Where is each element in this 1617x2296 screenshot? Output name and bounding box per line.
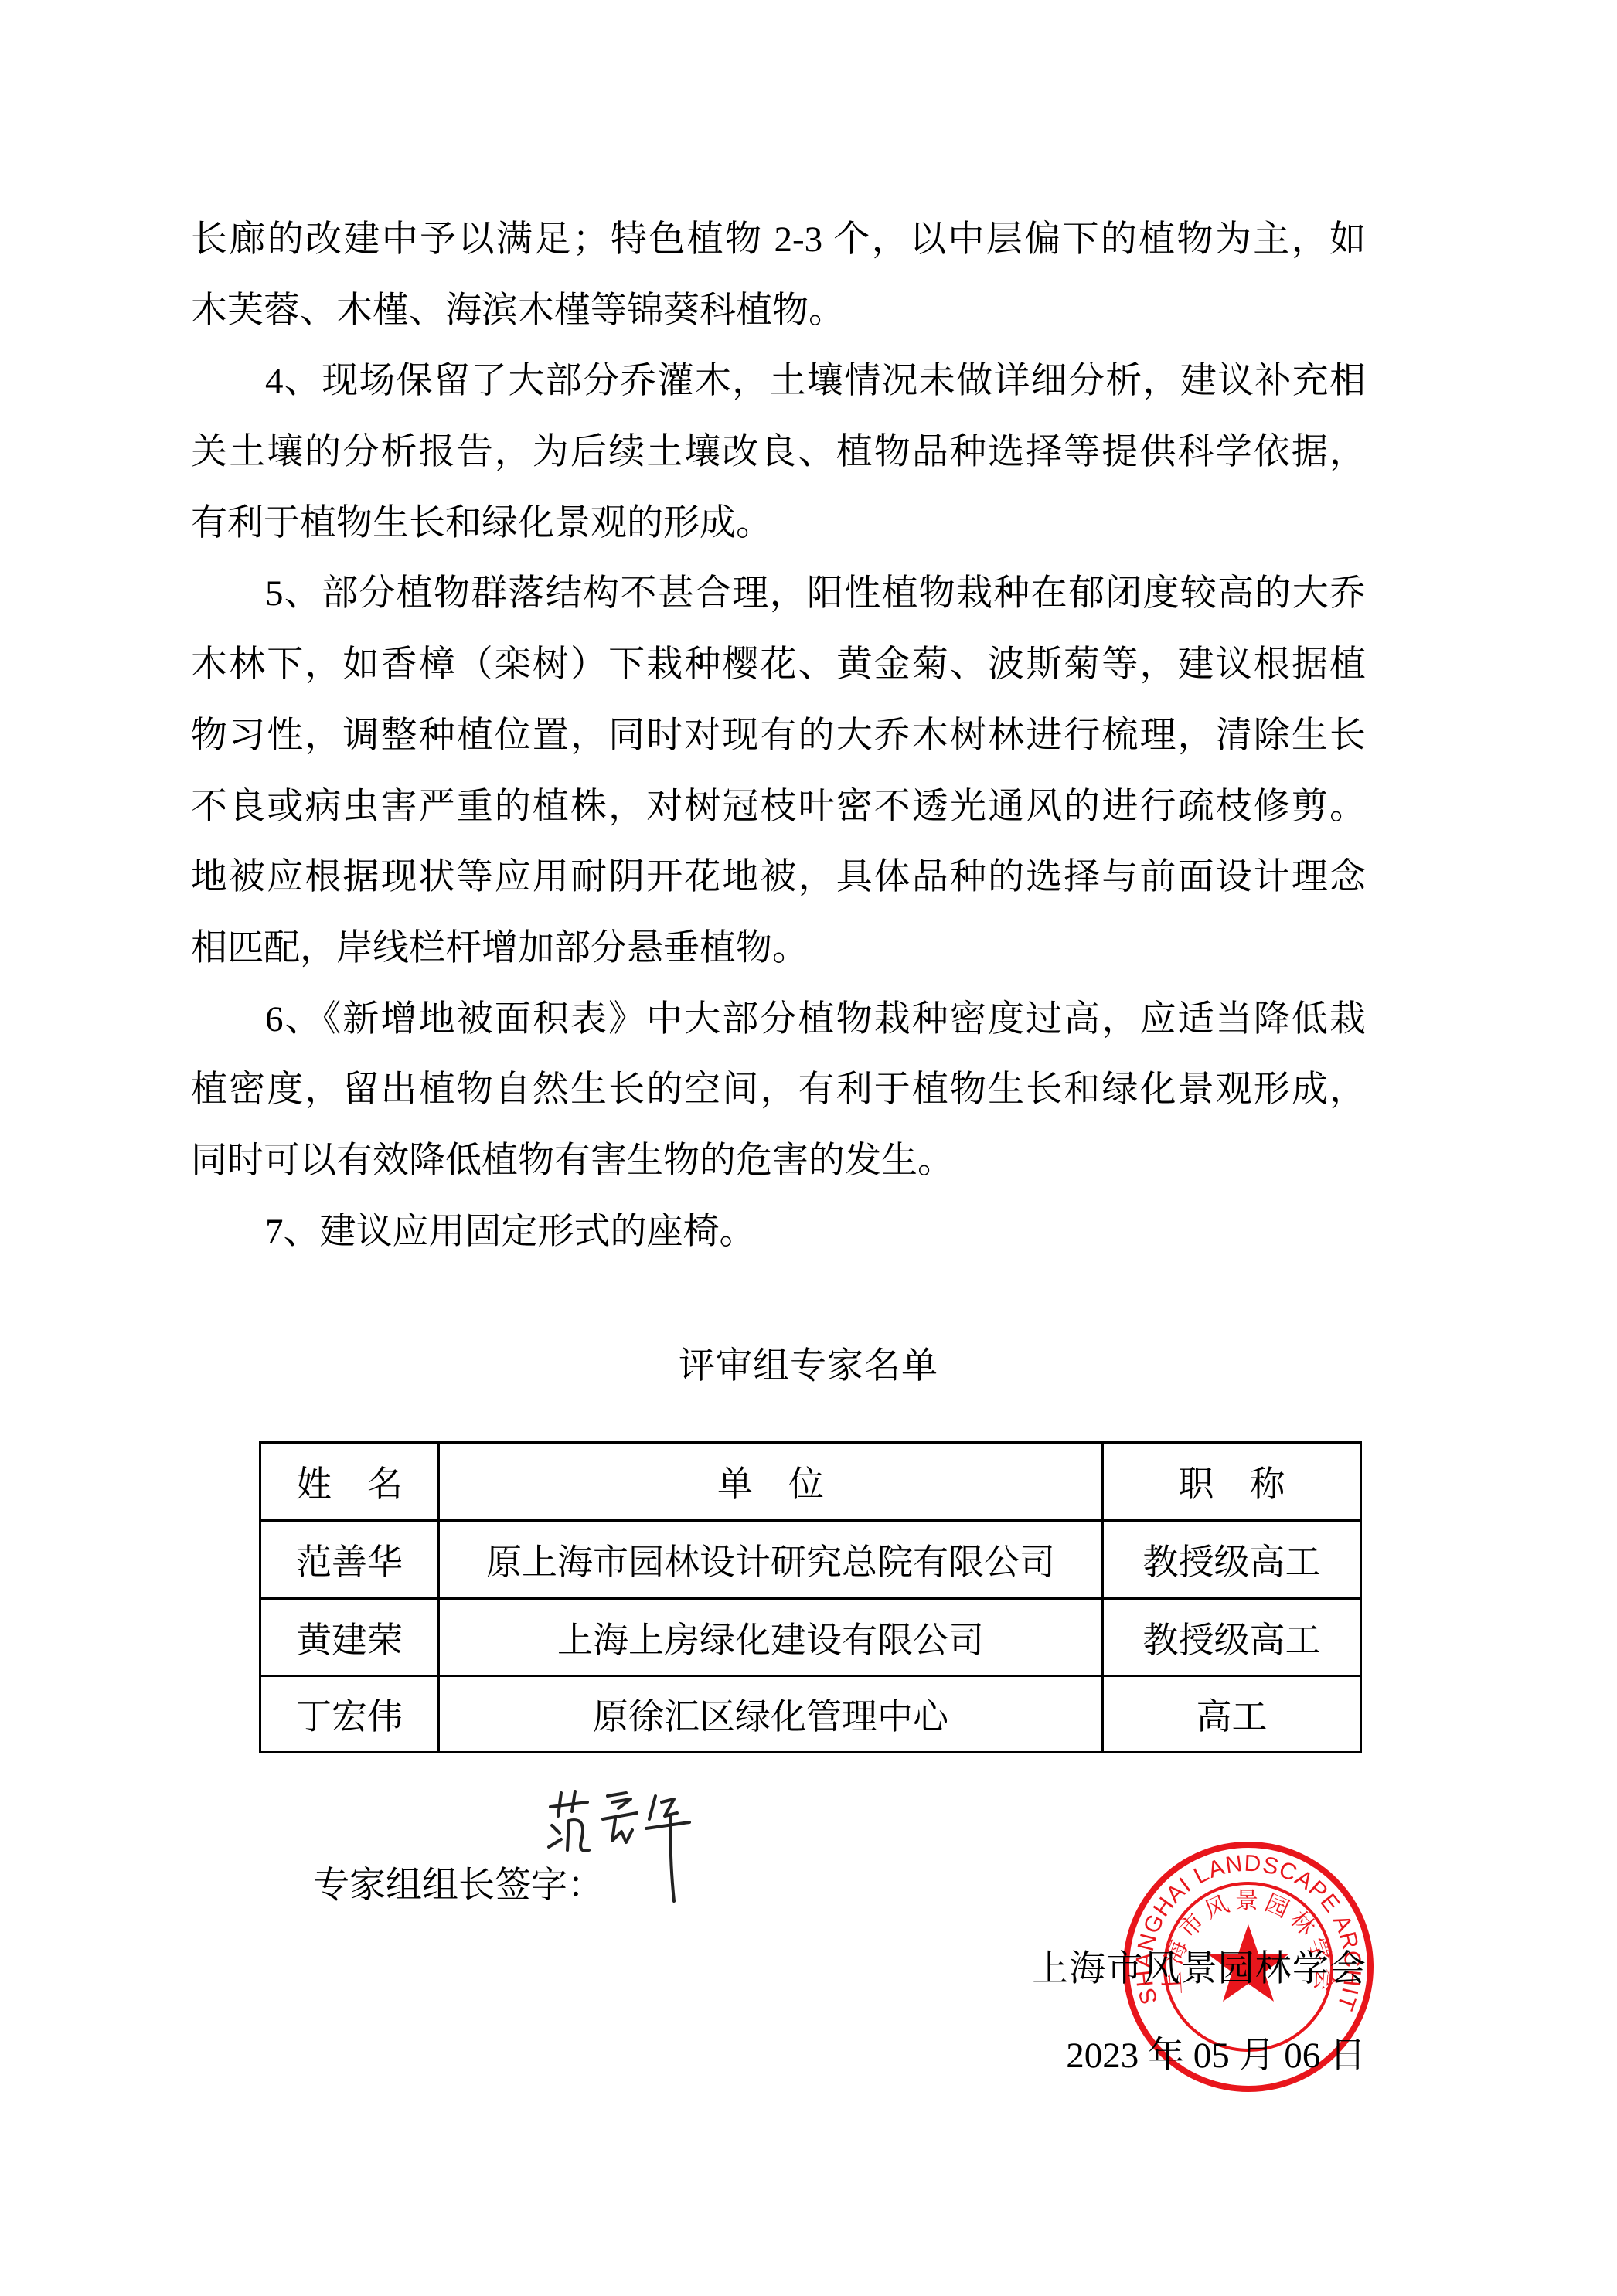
- paragraph-7-start: 7、建议应用固定形式的座椅。: [191, 1201, 1366, 1272]
- text-line: 物习性，调整种植位置，同时对现有的大乔木树林进行梳理，清除生长: [191, 705, 1366, 776]
- issue-date: 2023 年 05 月 06 日: [1059, 2032, 1366, 2079]
- column-header-name: 姓 名: [260, 1443, 439, 1521]
- paragraph-4-start: 4、现场保留了大部分乔灌木，土壤情况未做详细分析，建议补充相: [191, 350, 1366, 421]
- expert-unit: 原上海市园林设计研究总院有限公司: [439, 1521, 1103, 1599]
- expert-name: 丁宏伟: [260, 1676, 439, 1753]
- column-header-title: 职 称: [1103, 1443, 1361, 1521]
- text-line: 有利于植物生长和绿化景观的形成。: [191, 492, 1366, 563]
- text-line: 同时可以有效降低植物有害生物的危害的发生。: [191, 1130, 1366, 1201]
- text-line: 木林下，如香樟（栾树）下栽种樱花、黄金菊、波斯菊等，建议根据植: [191, 634, 1366, 705]
- expert-unit: 原徐汇区绿化管理中心: [439, 1676, 1103, 1753]
- expert-name: 黄建荣: [260, 1599, 439, 1676]
- table-header-row: 姓 名 单 位 职 称: [260, 1443, 1361, 1521]
- table-row: 丁宏伟 原徐汇区绿化管理中心 高工: [260, 1676, 1361, 1753]
- text-line: 关土壤的分析报告，为后续土壤改良、植物品种选择等提供科学依据，: [191, 421, 1366, 492]
- expert-unit: 上海上房绿化建设有限公司: [439, 1599, 1103, 1676]
- text-line: 木芙蓉、木槿、海滨木槿等锦葵科植物。: [191, 280, 1366, 351]
- table-row: 范善华 原上海市园林设计研究总院有限公司 教授级高工: [260, 1521, 1361, 1599]
- table-row: 黄建荣 上海上房绿化建设有限公司 教授级高工: [260, 1599, 1361, 1676]
- expert-title: 高工: [1103, 1676, 1361, 1753]
- column-header-unit: 单 位: [439, 1443, 1103, 1521]
- text-line: 地被应根据现状等应用耐阴开花地被，具体品种的选择与前面设计理念: [191, 846, 1366, 917]
- paragraph-6-start: 6、《新增地被面积表》中大部分植物栽种密度过高，应适当降低栽: [191, 988, 1366, 1060]
- body-text: 长廊的改建中予以满足；特色植物 2-3 个，以中层偏下的植物为主，如 木芙蓉、木…: [191, 209, 1366, 1271]
- document-page: 长廊的改建中予以满足；特色植物 2-3 个，以中层偏下的植物为主，如 木芙蓉、木…: [0, 0, 1617, 2296]
- handwritten-signature: [541, 1785, 696, 1909]
- expert-title: 教授级高工: [1103, 1521, 1361, 1599]
- expert-name: 范善华: [260, 1521, 439, 1599]
- expert-list-table: 姓 名 单 位 职 称 范善华 原上海市园林设计研究总院有限公司 教授级高工 黄…: [259, 1441, 1362, 1753]
- expert-list-title: 评审组专家名单: [0, 1343, 1617, 1390]
- expert-title: 教授级高工: [1103, 1599, 1361, 1676]
- issuing-organization: 上海市风景园林学会: [1032, 1946, 1366, 1992]
- text-line: 长廊的改建中予以满足；特色植物 2-3 个，以中层偏下的植物为主，如: [191, 209, 1366, 280]
- paragraph-5-start: 5、部分植物群落结构不甚合理，阳性植物栽种在郁闭度较高的大乔: [191, 563, 1366, 634]
- text-line: 不良或病虫害严重的植株，对树冠枝叶密不透光通风的进行疏枝修剪。: [191, 776, 1366, 847]
- text-line: 植密度，留出植物自然生长的空间，有利于植物生长和绿化景观形成，: [191, 1059, 1366, 1130]
- text-line: 相匹配，岸线栏杆增加部分悬垂植物。: [191, 917, 1366, 988]
